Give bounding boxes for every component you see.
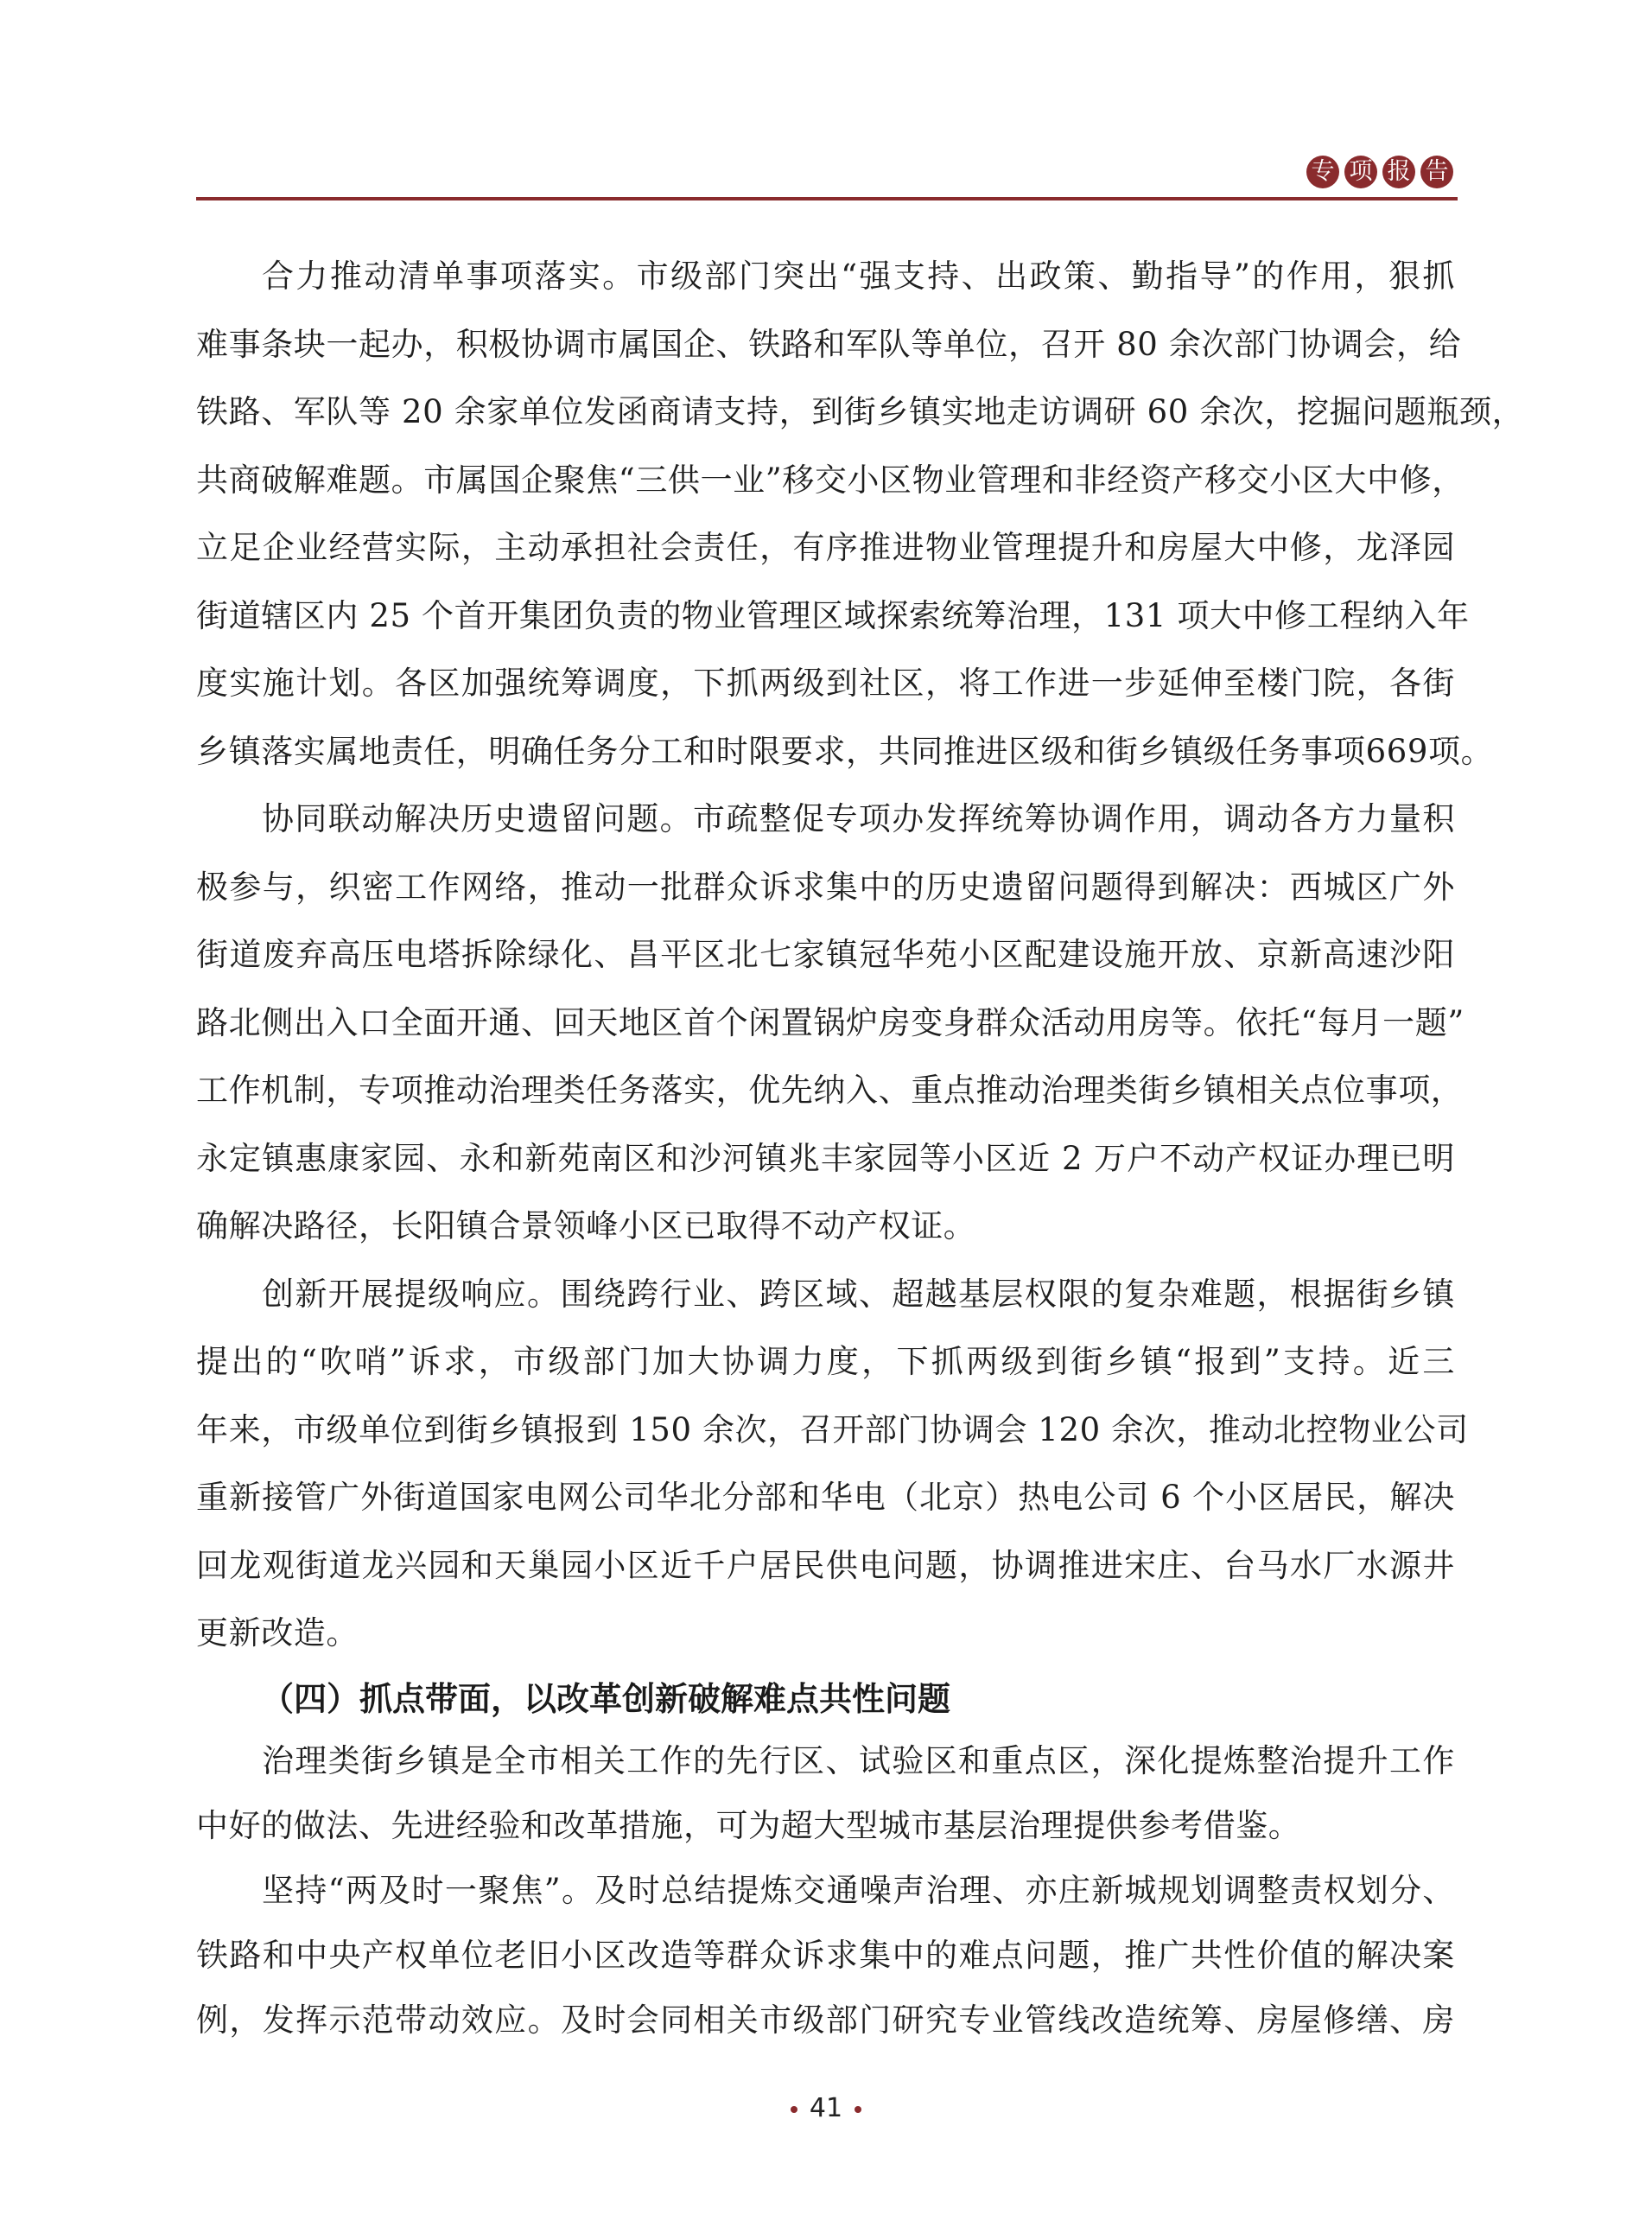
- text-line: 铁路和中央产权单位老旧小区改造等群众诉求集中的难点问题，推广共性价值的解决案: [196, 1923, 1455, 1988]
- header-divider: [196, 197, 1458, 200]
- text-line: 难事条块一起办，积极协调市属国企、铁路和军队等单位，召开 80 余次部门协调会，…: [196, 311, 1455, 379]
- text-line: 街道废弃高压电塔拆除绿化、昌平区北七家镇冠华苑小区配建设施开放、京新高速沙阳: [196, 921, 1455, 990]
- bullet-dot-icon: [791, 2106, 797, 2113]
- paragraph: 合力推动清单事项落实。市级部门突出“强支持、出政策、勤指导”的作用，狠抓 难事条…: [196, 243, 1455, 786]
- text-line: 街道辖区内 25 个首开集团负责的物业管理区域探索统筹治理，131 项大中修工程…: [196, 582, 1455, 651]
- text-line: 回龙观街道龙兴园和天巢园小区近千户居民供电问题，协调推进宋庄、台马水厂水源井: [196, 1532, 1455, 1600]
- text-line: 路北侧出入口全面开通、回天地区首个闲置锅炉房变身群众活动用房等。依托“每月一题”: [196, 990, 1455, 1058]
- text-line: 协同联动解决历史遗留问题。市疏整促专项办发挥统筹协调作用，调动各方力量积: [196, 786, 1455, 854]
- text-line: 提出的“吹哨”诉求，市级部门加大协调力度，下抓两级到街乡镇“报到”支持。近三: [196, 1328, 1455, 1397]
- section-heading: （四）抓点带面，以改革创新破解难点共性问题: [261, 1677, 950, 1721]
- text-line: 极参与，织密工作网络，推动一批群众诉求集中的历史遗留问题得到解决：西城区广外: [196, 854, 1455, 922]
- section-badge-char: 告: [1420, 156, 1453, 188]
- text-line: 立足企业经营实际，主动承担社会责任，有序推进物业管理提升和房屋大中修，龙泽园: [196, 514, 1455, 582]
- paragraph: 坚持“两及时一聚焦”。及时总结提炼交通噪声治理、亦庄新城规划调整责权划分、 铁路…: [196, 1858, 1455, 2052]
- text-line: 创新开展提级响应。围绕跨行业、跨区域、超越基层权限的复杂难题，根据街乡镇: [196, 1261, 1455, 1329]
- header-section-badges: 专 项 报 告: [1306, 156, 1453, 188]
- body-text-bottom: 治理类街乡镇是全市相关工作的先行区、试验区和重点区，深化提炼整治提升工作 中好的…: [196, 1728, 1455, 2052]
- text-line: 乡镇落实属地责任，明确任务分工和时限要求，共同推进区级和街乡镇级任务事项669项…: [196, 718, 1455, 786]
- text-line: 工作机制，专项推动治理类任务落实，优先纳入、重点推动治理类街乡镇相关点位事项，: [196, 1057, 1455, 1125]
- body-text-top: 合力推动清单事项落实。市级部门突出“强支持、出政策、勤指导”的作用，狠抓 难事条…: [196, 243, 1455, 1668]
- text-line: 合力推动清单事项落实。市级部门突出“强支持、出政策、勤指导”的作用，狠抓: [196, 243, 1455, 311]
- text-line: 共商破解难题。市属国企聚焦“三供一业”移交小区物业管理和非经资产移交小区大中修，: [196, 447, 1455, 515]
- text-line: 治理类街乡镇是全市相关工作的先行区、试验区和重点区，深化提炼整治提升工作: [196, 1728, 1455, 1793]
- paragraph: 协同联动解决历史遗留问题。市疏整促专项办发挥统筹协调作用，调动各方力量积 极参与…: [196, 786, 1455, 1261]
- page-number: 41: [810, 2093, 842, 2123]
- paragraph: 治理类街乡镇是全市相关工作的先行区、试验区和重点区，深化提炼整治提升工作 中好的…: [196, 1728, 1455, 1858]
- text-line: 重新接管广外街道国家电网公司华北分部和华电（北京）热电公司 6 个小区居民，解决: [196, 1464, 1455, 1532]
- section-badge-char: 项: [1344, 156, 1377, 188]
- page-footer: 41: [0, 2090, 1652, 2128]
- text-line: 中好的做法、先进经验和改革措施，可为超大型城市基层治理提供参考借鉴。: [196, 1793, 1455, 1858]
- paragraph: 创新开展提级响应。围绕跨行业、跨区域、超越基层权限的复杂难题，根据街乡镇 提出的…: [196, 1261, 1455, 1668]
- text-line: 铁路、军队等 20 余家单位发函商请支持，到街乡镇实地走访调研 60 余次，挖掘…: [196, 379, 1455, 447]
- section-badge-char: 专: [1306, 156, 1339, 188]
- text-line: 确解决路径，长阳镇合景领峰小区已取得不动产权证。: [196, 1193, 1455, 1261]
- text-line: 度实施计划。各区加强统筹调度，下抓两级到社区，将工作进一步延伸至楼门院，各街: [196, 650, 1455, 718]
- text-line: 坚持“两及时一聚焦”。及时总结提炼交通噪声治理、亦庄新城规划调整责权划分、: [196, 1858, 1455, 1923]
- text-line: 例，发挥示范带动效应。及时会同相关市级部门研究专业管线改造统筹、房屋修缮、房: [196, 1988, 1455, 2052]
- section-badge-char: 报: [1382, 156, 1415, 188]
- bullet-dot-icon: [855, 2106, 861, 2113]
- text-line: 年来，市级单位到街乡镇报到 150 余次，召开部门协调会 120 余次，推动北控…: [196, 1397, 1455, 1465]
- text-line: 永定镇惠康家园、永和新苑南区和沙河镇兆丰家园等小区近 2 万户不动产权证办理已明: [196, 1125, 1455, 1193]
- text-line: 更新改造。: [196, 1600, 1455, 1668]
